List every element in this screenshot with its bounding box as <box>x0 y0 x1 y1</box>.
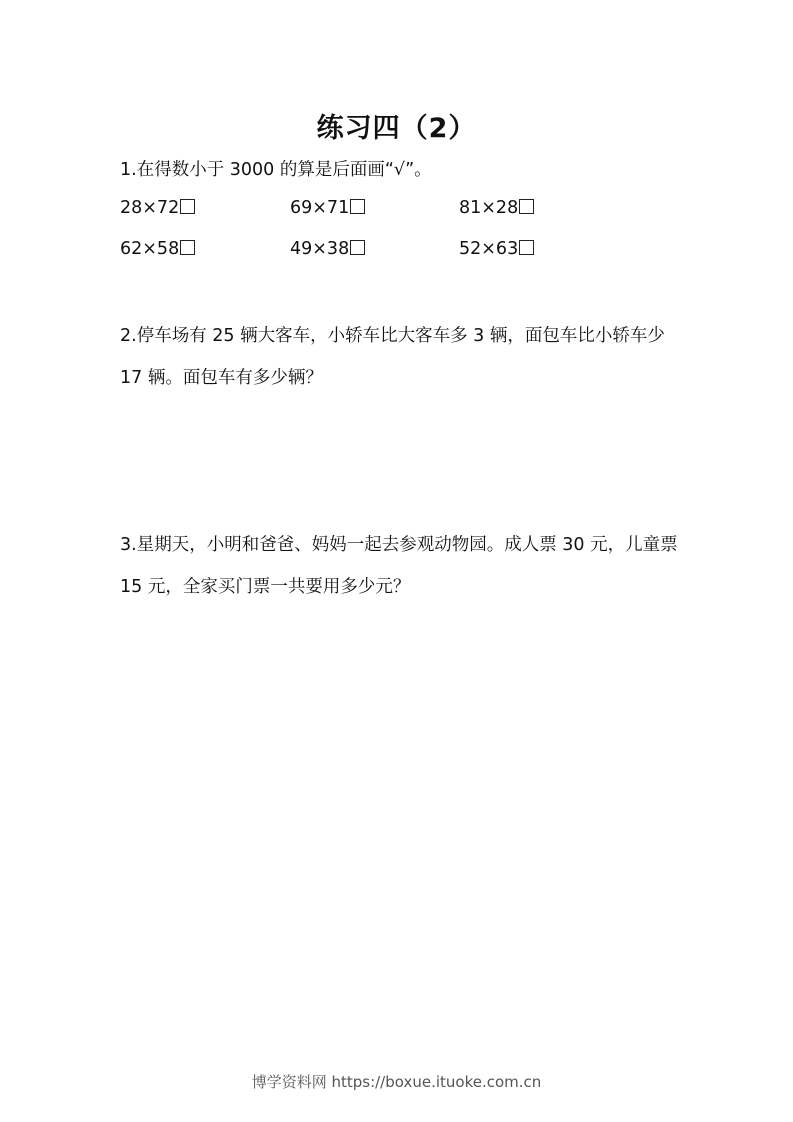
expression-text: 69×71 <box>290 198 349 218</box>
answer-checkbox[interactable] <box>180 240 195 255</box>
question-1-expression: 69×71 <box>290 198 365 218</box>
question-3-line-1: 3.星期天，小明和爸爸、妈妈一起去参观动物园。成人票 30 元，儿童票 <box>120 531 678 556</box>
answer-checkbox[interactable] <box>519 199 534 214</box>
expression-text: 49×38 <box>290 239 349 259</box>
question-2-line-1: 2.停车场有 25 辆大客车，小轿车比大客车多 3 辆，面包车比小轿车少 <box>120 322 665 347</box>
question-3-line-2: 15 元，全家买门票一共要用多少元？ <box>120 573 410 598</box>
question-1-expression: 49×38 <box>290 239 365 259</box>
question-1-prompt: 1.在得数小于 3000 的算是后面画“√”。 <box>120 156 432 181</box>
question-1-expression: 28×72 <box>120 198 195 218</box>
answer-checkbox[interactable] <box>180 199 195 214</box>
answer-checkbox[interactable] <box>350 199 365 214</box>
expression-text: 81×28 <box>459 198 518 218</box>
footer-watermark: 博学资料网 https://boxue.ituoke.com.cn <box>0 1071 793 1092</box>
expression-text: 28×72 <box>120 198 179 218</box>
question-1-expression: 62×58 <box>120 239 195 259</box>
answer-checkbox[interactable] <box>350 240 365 255</box>
expression-text: 62×58 <box>120 239 179 259</box>
expression-text: 52×63 <box>459 239 518 259</box>
question-1-expression: 52×63 <box>459 239 534 259</box>
answer-checkbox[interactable] <box>519 240 534 255</box>
question-1-expression: 81×28 <box>459 198 534 218</box>
page-title: 练习四（2） <box>0 106 793 145</box>
question-2-line-2: 17 辆。面包车有多少辆？ <box>120 364 323 389</box>
